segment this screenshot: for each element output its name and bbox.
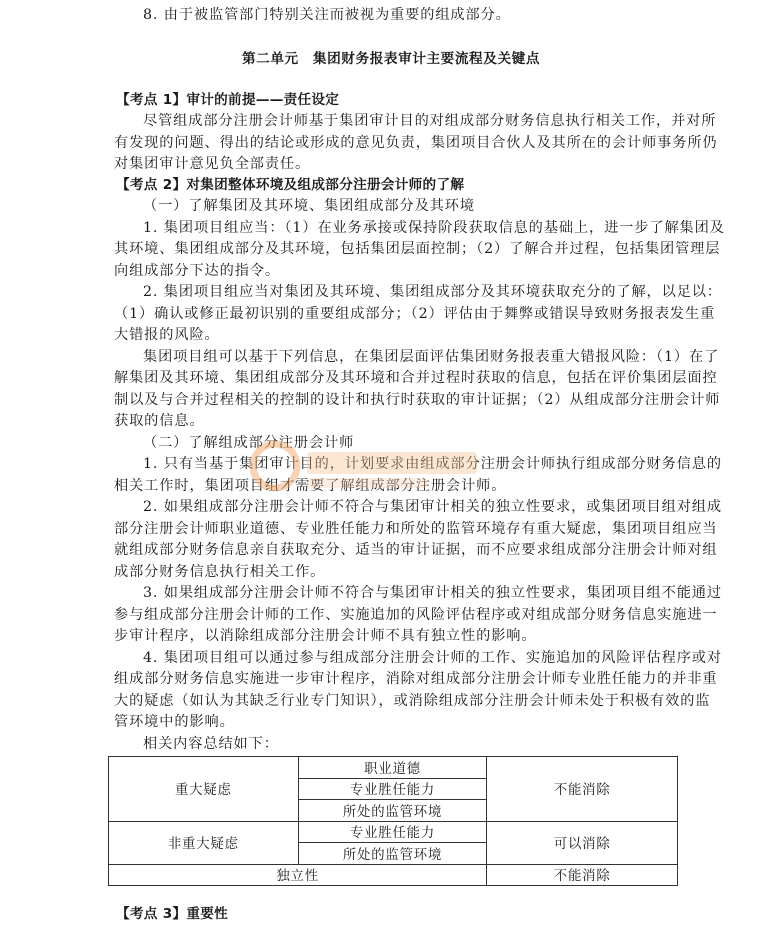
table-cell-category: 非重大疑虑 — [109, 821, 299, 864]
document-page: 8. 由于被监管部门特别关注而被视为重要的组成部分。 第二单元 集团财务报表审计… — [0, 0, 782, 930]
paragraph-line: 4. 集团项目组可以通过参与组成部分注册会计师的工作、实施追加的风险评估程序或对 — [143, 648, 703, 670]
paragraph-line: 向组成部分下达的指令。 — [114, 261, 674, 283]
table-cell-item: 职业道德 — [298, 757, 487, 779]
paragraph-line: 获取的信息。 — [114, 411, 674, 433]
summary-table: 重大疑虑 职业道德 不能消除 专业胜任能力 所处的监管环境 非重大疑虑 专业胜任… — [108, 756, 678, 886]
paragraph-line: 参与组成部分注册会计师的工作、实施追加的风险评估程序或对组成部分财务信息实施进一 — [114, 605, 674, 627]
paragraph-line: 解集团及其环境、集团组成部分及其环境和合并过程时获取的信息，包括在评价集团层面控 — [114, 368, 674, 390]
table-cell-result: 可以消除 — [487, 821, 678, 864]
paragraph-line: 相关工作时，集团项目组才需要了解组成部分注册会计师。 — [114, 476, 674, 498]
paragraph-line: 步审计程序，以消除组成部分注册会计师不具有独立性的影响。 — [114, 626, 674, 648]
paragraph-line: 制以及与合并过程相关的控制的设计和执行时获取的审计证据；（2）从组成部分注册会计… — [114, 390, 674, 412]
paragraph-line: 大错报的风险。 — [114, 325, 674, 347]
table-cell-result: 不能消除 — [487, 864, 678, 886]
list-item: 8. 由于被监管部门特别关注而被视为重要的组成部分。 — [143, 5, 703, 27]
paragraph-line: 1. 集团项目组应当：（1）在业务承接或保持阶段获取信息的基础上，进一步了解集团… — [143, 218, 703, 240]
paragraph-line: （1）确认或修正最初识别的重要组成部分；（2）评估由于舞弊或错误导致财务报表发生… — [114, 304, 674, 326]
table-cell-item: 专业胜任能力 — [298, 821, 487, 843]
table-row: 非重大疑虑 专业胜任能力 可以消除 — [109, 821, 678, 843]
table-row: 独立性 不能消除 — [109, 864, 678, 886]
paragraph-line: 3. 如果组成部分注册会计师不符合与集团审计相关的独立性要求，集团项目组不能通过 — [143, 583, 703, 605]
table-row: 重大疑虑 职业道德 不能消除 — [109, 757, 678, 779]
section-heading-1: 【考点 1】审计的前提——责任设定 — [116, 90, 339, 112]
paragraph-line: 集团项目组可以基于下列信息，在集团层面评估集团财务报表重大错报风险：（1）在了 — [143, 347, 703, 369]
paragraph-line: 部分注册会计师职业道德、专业胜任能力和所处的监管环境存有重大疑虑，集团项目组应当 — [114, 519, 674, 541]
paragraph-line: 就组成部分财务信息亲自获取充分、适当的审计证据，而不应要求组成部分注册会计师对组 — [114, 540, 674, 562]
paragraph-line: 成部分财务信息执行相关工作。 — [114, 562, 674, 584]
section-heading-2: 【考点 2】对集团整体环境及组成部分注册会计师的了解 — [116, 175, 464, 197]
paragraph-line: 组成部分财务信息实施进一步审计程序，消除对组成部分注册会计师专业胜任能力的并非重 — [114, 669, 674, 691]
subheading: （一）了解集团及其环境、集团组成部分及其环境 — [143, 196, 703, 218]
paragraph-line: 1. 只有当基于集团审计目的，计划要求由组成部分注册会计师执行组成部分财务信息的 — [143, 454, 703, 476]
unit-title: 第二单元 集团财务报表审计主要流程及关键点 — [0, 47, 782, 67]
paragraph-line: 其环境、集团组成部分及其环境，包括集团层面控制；（2）了解合并过程，包括集团管理… — [114, 239, 674, 261]
paragraph-line: 有发现的问题、得出的结论或形成的意见负责，集团项目合伙人及其所在的会计师事务所仍 — [114, 133, 674, 155]
section-heading-3: 【考点 3】重要性 — [116, 904, 228, 926]
paragraph-line: 2. 如果组成部分注册会计师不符合与集团审计相关的独立性要求，或集团项目组对组成 — [143, 497, 703, 519]
paragraph-line: 尽管组成部分注册会计师基于集团审计目的对组成部分财务信息执行相关工作，并对所 — [143, 111, 703, 133]
paragraph-line: 相关内容总结如下： — [143, 734, 703, 756]
table-cell-result: 不能消除 — [487, 757, 678, 822]
subheading: （二）了解组成部分注册会计师 — [143, 433, 703, 455]
table-cell-item: 专业胜任能力 — [298, 778, 487, 800]
table-cell-category: 独立性 — [109, 864, 487, 886]
table-cell-category: 重大疑虑 — [109, 757, 299, 822]
paragraph-line: 大的疑虑（如认为其缺乏行业专门知识），或消除组成部分注册会计师未处于积极有效的监 — [114, 691, 674, 713]
table-cell-item: 所处的监管环境 — [298, 843, 487, 865]
paragraph-line: 对集团审计意见负全部责任。 — [114, 154, 674, 176]
table-cell-item: 所处的监管环境 — [298, 800, 487, 822]
paragraph-line: 管环境中的影响。 — [114, 712, 674, 734]
paragraph-line: 2. 集团项目组应当对集团及其环境、集团组成部分及其环境获取充分的了解，以足以： — [143, 282, 703, 304]
